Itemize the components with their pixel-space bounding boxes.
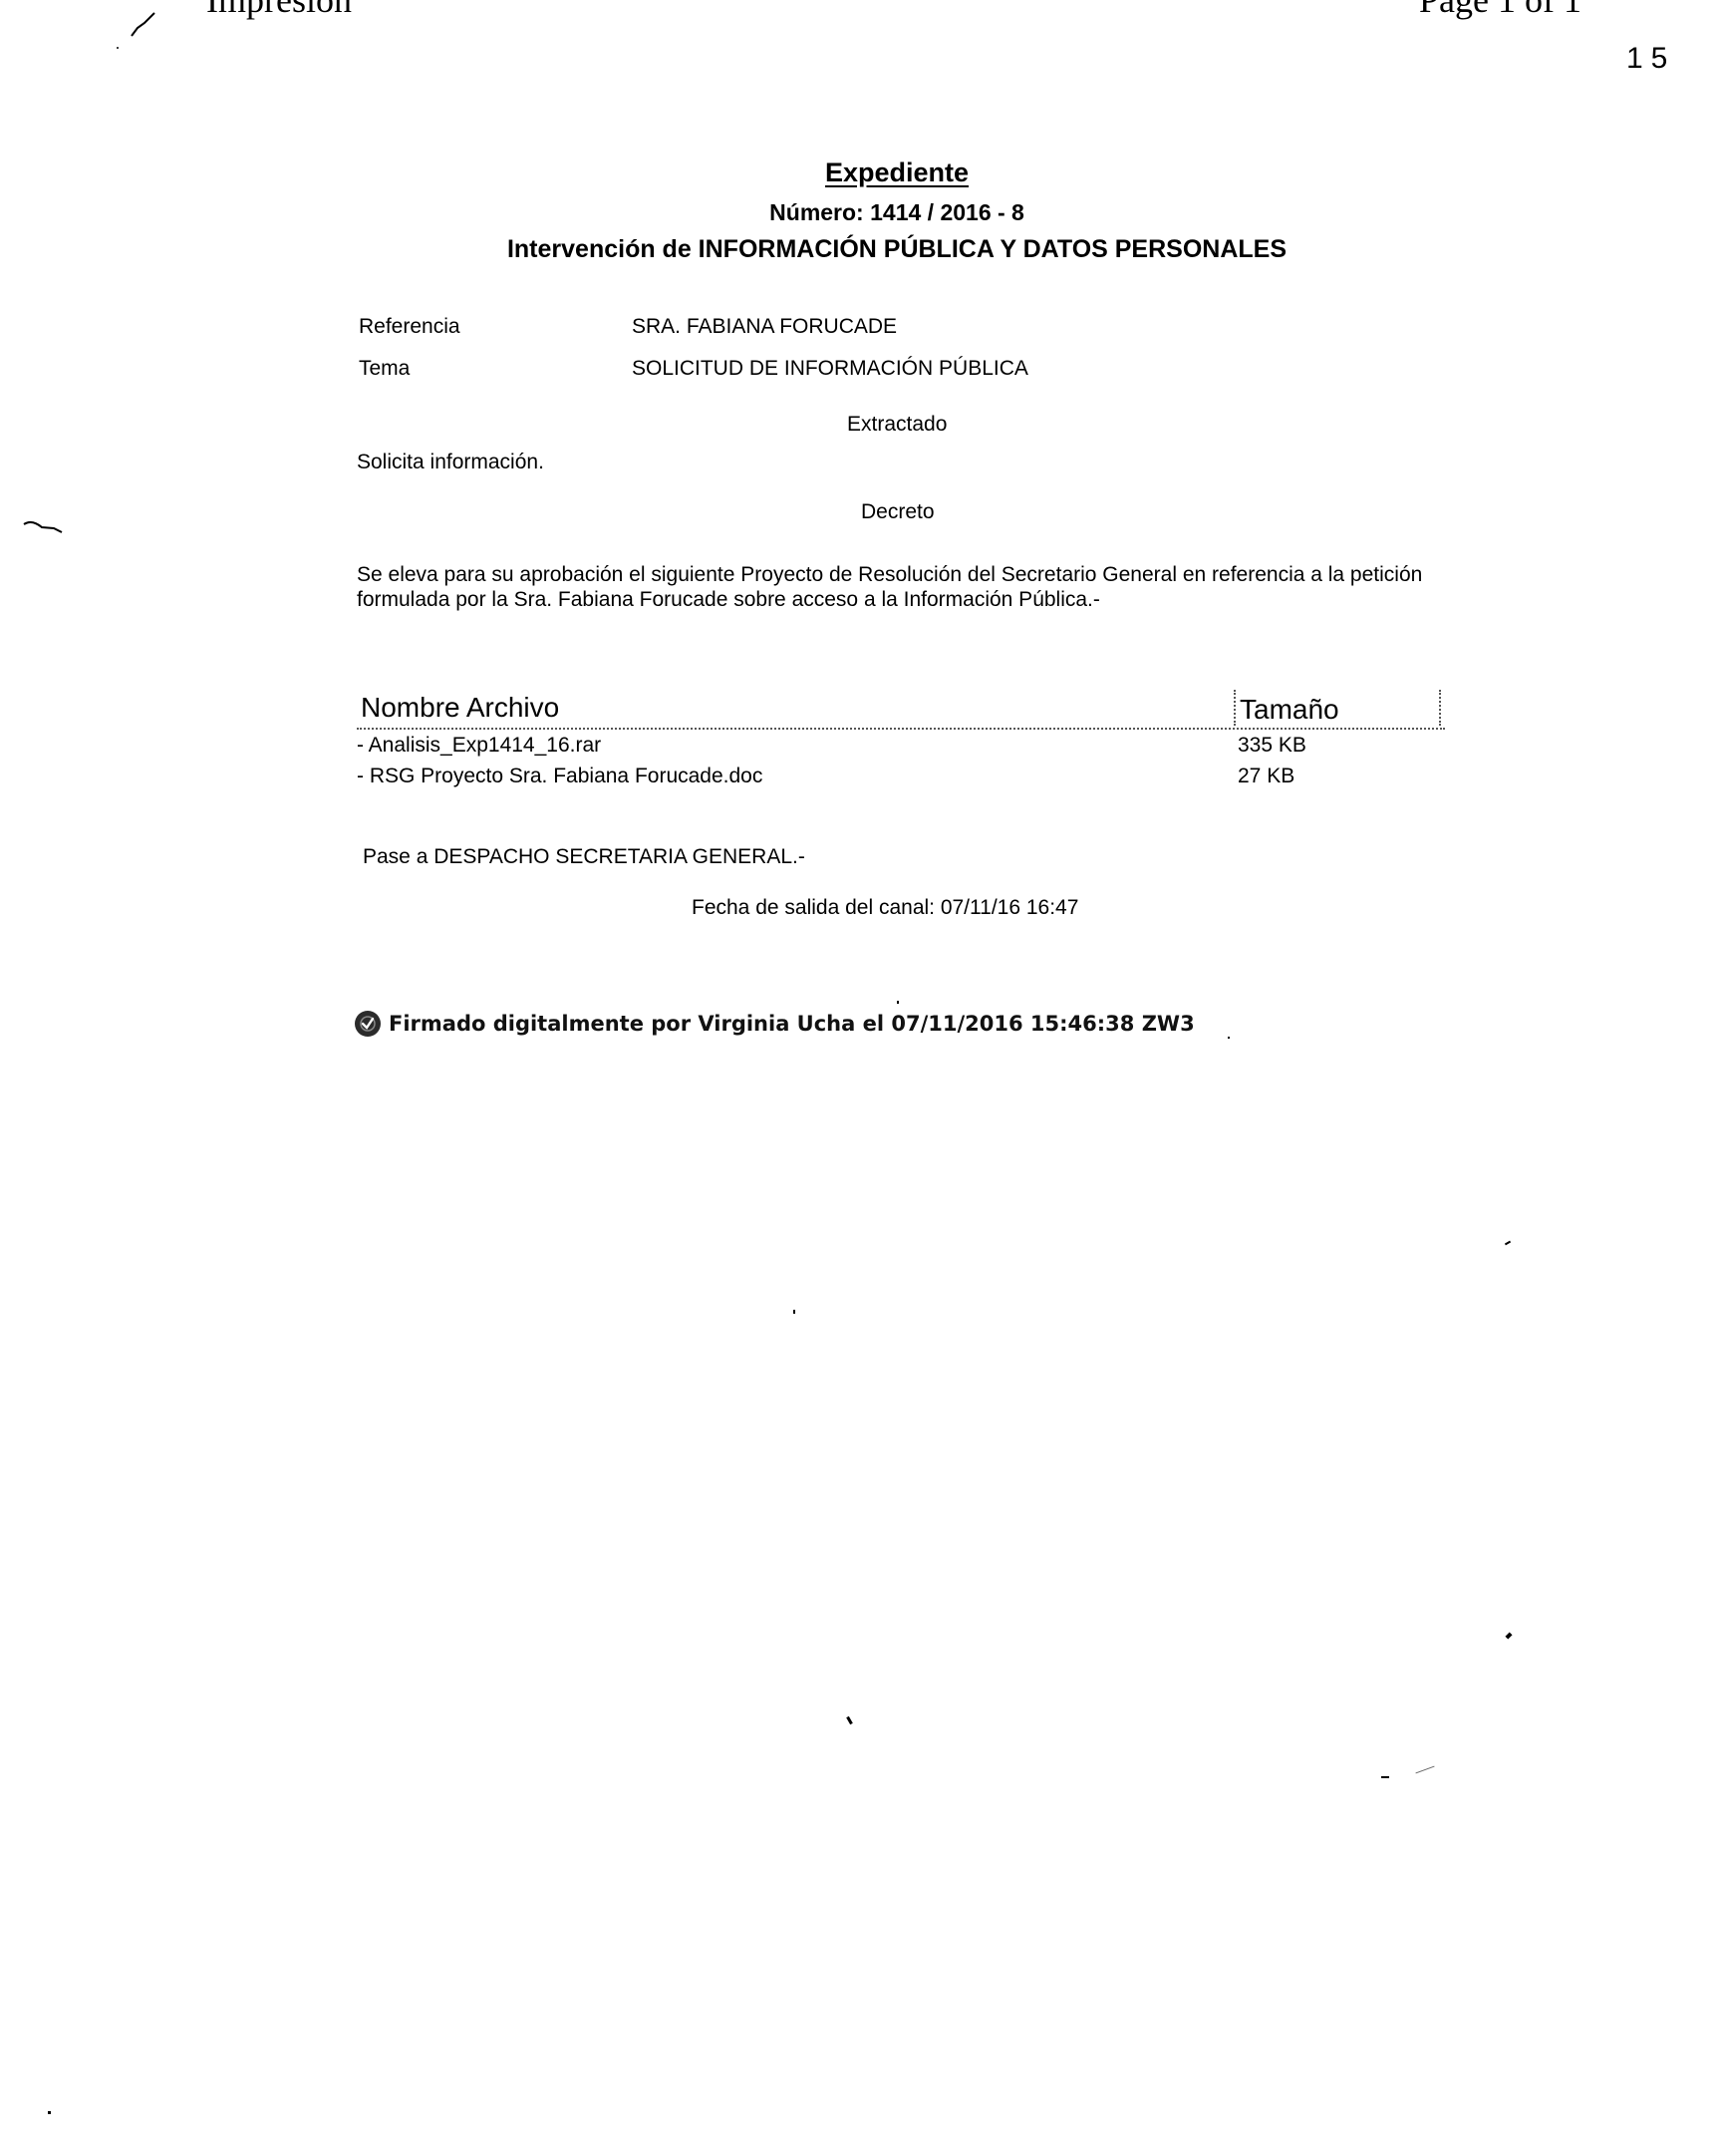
files-table-header: Nombre Archivo Tamaño: [357, 690, 1445, 730]
scan-speck: [1415, 1766, 1434, 1774]
scan-speck: [846, 1716, 853, 1724]
signature-text: Firmado digitalmente por Virginia Ucha e…: [389, 1012, 1195, 1036]
pen-stroke-mark: [20, 518, 70, 538]
pen-stroke-mark: [110, 8, 169, 58]
field-label-referencia: Referencia: [359, 315, 460, 339]
scan-speck: [1505, 1632, 1512, 1639]
section-heading-decreto: Decreto: [861, 500, 935, 524]
field-label-tema: Tema: [359, 357, 410, 381]
print-header-title: Impresión: [206, 0, 352, 18]
exit-date: Fecha de salida del canal: 07/11/16 16:4…: [692, 896, 1078, 920]
file-size: 27 KB: [1238, 765, 1294, 788]
field-value-tema: SOLICITUD DE INFORMACIÓN PÚBLICA: [632, 357, 1028, 381]
file-size: 335 KB: [1238, 734, 1306, 758]
scan-speck: [897, 1001, 899, 1004]
field-value-referencia: SRA. FABIANA FORUCADE: [632, 315, 897, 339]
digital-signature: Firmado digitalmente por Virginia Ucha e…: [355, 1011, 1195, 1037]
intervention-heading: Intervención de INFORMACIÓN PÚBLICA Y DA…: [0, 235, 1722, 264]
file-name[interactable]: - RSG Proyecto Sra. Fabiana Forucade.doc: [357, 765, 762, 788]
column-header-file-name: Nombre Archivo: [361, 692, 559, 724]
extract-text: Solicita información.: [357, 451, 544, 474]
scan-speck: [793, 1310, 795, 1314]
scan-speck: [1228, 1037, 1230, 1039]
file-name[interactable]: - Analisis_Exp1414_16.rar: [357, 734, 601, 758]
attached-files-table: Nombre Archivo Tamaño - Analisis_Exp1414…: [357, 690, 1445, 791]
table-row: - RSG Proyecto Sra. Fabiana Forucade.doc…: [357, 761, 1445, 791]
document-number: Número: 1414 / 2016 - 8: [0, 199, 1722, 226]
scan-speck: [1381, 1776, 1389, 1778]
forwarding-instruction: Pase a DESPACHO SECRETARIA GENERAL.-: [363, 845, 805, 869]
digital-signature-check-icon: [355, 1011, 381, 1037]
section-heading-extractado: Extractado: [847, 413, 947, 437]
table-row: - Analisis_Exp1414_16.rar 335 KB: [357, 730, 1445, 761]
scan-speck: [1505, 1241, 1511, 1246]
decree-text: Se eleva para su aprobación el siguiente…: [357, 562, 1453, 612]
scan-speck: [48, 2111, 51, 2114]
print-header-page-count: Page 1 of 1: [1419, 0, 1581, 18]
handwritten-folio-number: 15: [1626, 42, 1675, 76]
column-header-file-size: Tamaño: [1234, 690, 1441, 726]
document-title-heading: Expediente: [0, 157, 1722, 188]
